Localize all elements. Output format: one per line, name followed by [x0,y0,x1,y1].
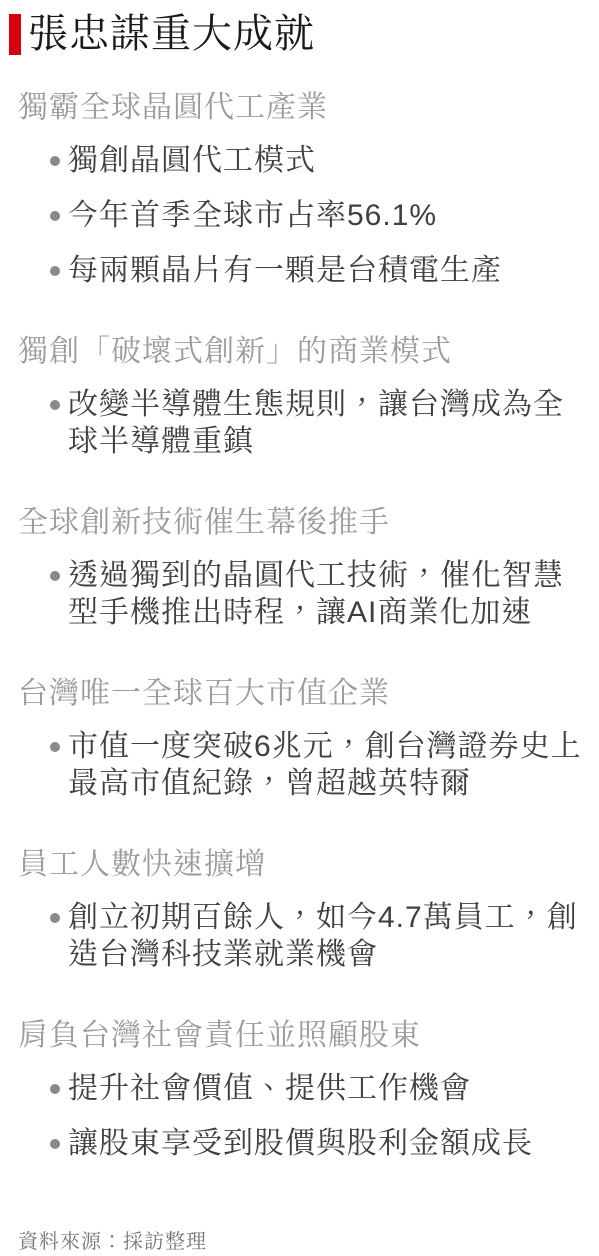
bullet-item: 透過獨到的晶圓代工技術，催化智慧型手機推出時程，讓AI商業化加速 [50,557,585,631]
title-accent-bar [9,14,21,55]
section-social-responsibility: 肩負台灣社會責任並照顧股東 提升社會價值、提供工作機會 讓股東享受到股價與股利金… [18,1019,585,1162]
bullet-item: 今年首季全球市占率56.1% [50,197,585,234]
bullet-text: 市值一度突破6兆元，創台灣證券史上最高市值紀錄，曾超越英特爾 [68,728,585,802]
bullet-item: 改變半導體生態規則，讓台灣成為全球半導體重鎮 [50,386,585,460]
bullet-list: 提升社會價值、提供工作機會 讓股東享受到股價與股利金額成長 [18,1070,585,1162]
bullet-item: 讓股東享受到股價與股利金額成長 [50,1125,585,1162]
bullet-list: 改變半導體生態規則，讓台灣成為全球半導體重鎮 [18,386,585,460]
bullet-dot-icon [50,913,60,923]
infographic-page: 張忠謀重大成就 獨霸全球晶圓代工產業 獨創晶圓代工模式 今年首季全球市占率56.… [0,0,599,1256]
bullet-dot-icon [50,211,60,221]
bullet-dot-icon [50,742,60,752]
section-heading: 肩負台灣社會責任並照顧股東 [18,1019,585,1052]
section-innovation-enabler: 全球創新技術催生幕後推手 透過獨到的晶圓代工技術，催化智慧型手機推出時程，讓AI… [18,506,585,631]
bullet-item: 提升社會價值、提供工作機會 [50,1070,585,1107]
section-foundry-dominance: 獨霸全球晶圓代工產業 獨創晶圓代工模式 今年首季全球市占率56.1% 每兩顆晶片… [18,91,585,289]
section-business-model: 獨創「破壞式創新」的商業模式 改變半導體生態規則，讓台灣成為全球半導體重鎮 [18,335,585,460]
bullet-item: 創立初期百餘人，如今4.7萬員工，創造台灣科技業就業機會 [50,899,585,973]
bullet-list: 市值一度突破6兆元，創台灣證券史上最高市值紀錄，曾超越英特爾 [18,728,585,802]
bullet-item: 獨創晶圓代工模式 [50,142,585,179]
bullet-list: 創立初期百餘人，如今4.7萬員工，創造台灣科技業就業機會 [18,899,585,973]
bullet-text: 讓股東享受到股價與股利金額成長 [68,1125,585,1162]
section-heading: 獨創「破壞式創新」的商業模式 [18,335,585,368]
bullet-dot-icon [50,156,60,166]
bullet-dot-icon [50,1084,60,1094]
section-market-cap: 台灣唯一全球百大市值企業 市值一度突破6兆元，創台灣證券史上最高市值紀錄，曾超越… [18,677,585,802]
bullet-text: 透過獨到的晶圓代工技術，催化智慧型手機推出時程，讓AI商業化加速 [68,557,585,631]
bullet-text: 改變半導體生態規則，讓台灣成為全球半導體重鎮 [68,386,585,460]
section-heading: 獨霸全球晶圓代工產業 [18,91,585,124]
bullet-text: 每兩顆晶片有一顆是台積電生產 [68,252,585,289]
page-title: 張忠謀重大成就 [28,12,315,57]
bullet-text: 創立初期百餘人，如今4.7萬員工，創造台灣科技業就業機會 [68,899,585,973]
bullet-dot-icon [50,1139,60,1149]
bullet-item: 每兩顆晶片有一顆是台積電生產 [50,252,585,289]
source-note: 資料來源：採訪整理 [18,1231,207,1254]
bullet-text: 今年首季全球市占率56.1% [68,197,585,234]
bullet-dot-icon [50,400,60,410]
section-heading: 員工人數快速擴增 [18,848,585,881]
bullet-text: 提升社會價值、提供工作機會 [68,1070,585,1107]
bullet-dot-icon [50,571,60,581]
bullet-list: 透過獨到的晶圓代工技術，催化智慧型手機推出時程，讓AI商業化加速 [18,557,585,631]
section-heading: 台灣唯一全球百大市值企業 [18,677,585,710]
bullet-list: 獨創晶圓代工模式 今年首季全球市占率56.1% 每兩顆晶片有一顆是台積電生產 [18,142,585,289]
section-employee-growth: 員工人數快速擴增 創立初期百餘人，如今4.7萬員工，創造台灣科技業就業機會 [18,848,585,973]
header: 張忠謀重大成就 [9,12,585,57]
bullet-dot-icon [50,266,60,276]
section-heading: 全球創新技術催生幕後推手 [18,506,585,539]
bullet-item: 市值一度突破6兆元，創台灣證券史上最高市值紀錄，曾超越英特爾 [50,728,585,802]
bullet-text: 獨創晶圓代工模式 [68,142,585,179]
